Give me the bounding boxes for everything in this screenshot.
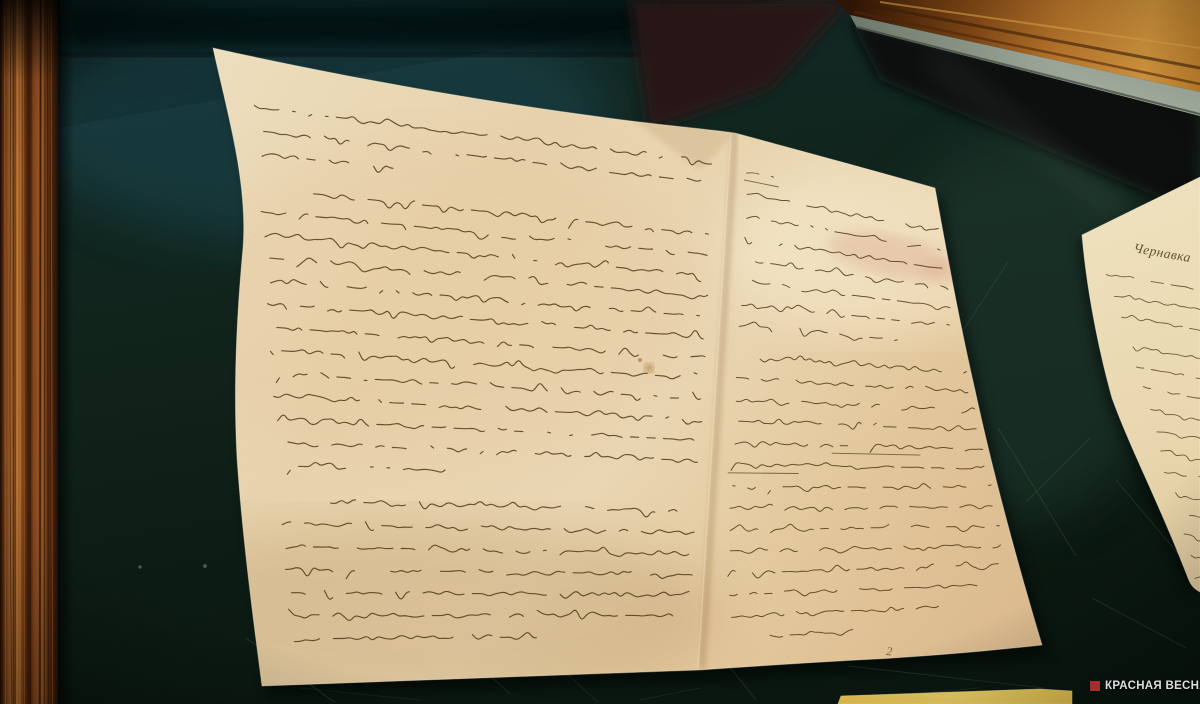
photo-vignette [0, 0, 1200, 704]
display-case-scene: 2 Чернавка [0, 0, 1200, 704]
watermark-logo-icon [1090, 681, 1100, 691]
watermark-text: КРАСНАЯ ВЕСНА [1105, 680, 1200, 692]
watermark: КРАСНАЯ ВЕСНА [1090, 678, 1200, 694]
museum-display-photo: 2 Чернавка КРАСНАЯ ВЕСНА [0, 0, 1200, 704]
